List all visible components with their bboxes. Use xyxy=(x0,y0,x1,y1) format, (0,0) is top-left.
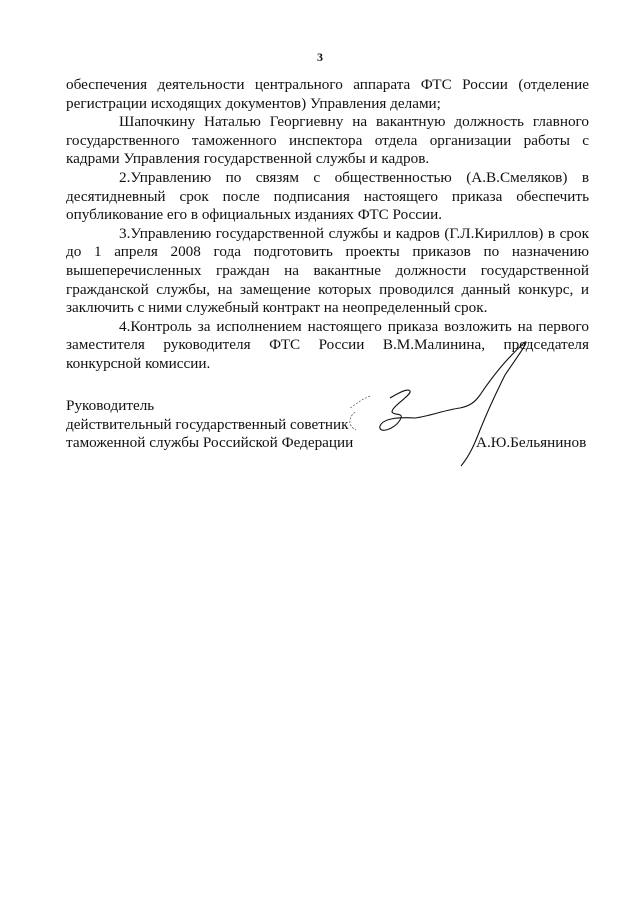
handwritten-signature-icon xyxy=(330,340,530,480)
paragraph-continuation: обеспечения деятельности центрального ап… xyxy=(66,76,589,113)
document-body: обеспечения деятельности центрального ап… xyxy=(66,76,589,374)
signer-title: Руководитель xyxy=(66,397,353,416)
paragraph-item-3: 3.Управлению государственной службы и ка… xyxy=(66,225,589,318)
signer-rank: действительный государственный советник xyxy=(66,416,353,435)
paragraph-appointment: Шапочкину Наталью Георгиевну на вакантну… xyxy=(66,113,589,169)
signer-service: таможенной службы Российской Федерации xyxy=(66,434,353,453)
page-number: 3 xyxy=(0,50,640,65)
paragraph-item-2: 2.Управлению по связям с общественностью… xyxy=(66,169,589,225)
signature-block: Руководитель действительный государствен… xyxy=(66,397,353,453)
signer-name: А.Ю.Бельянинов xyxy=(476,434,586,452)
